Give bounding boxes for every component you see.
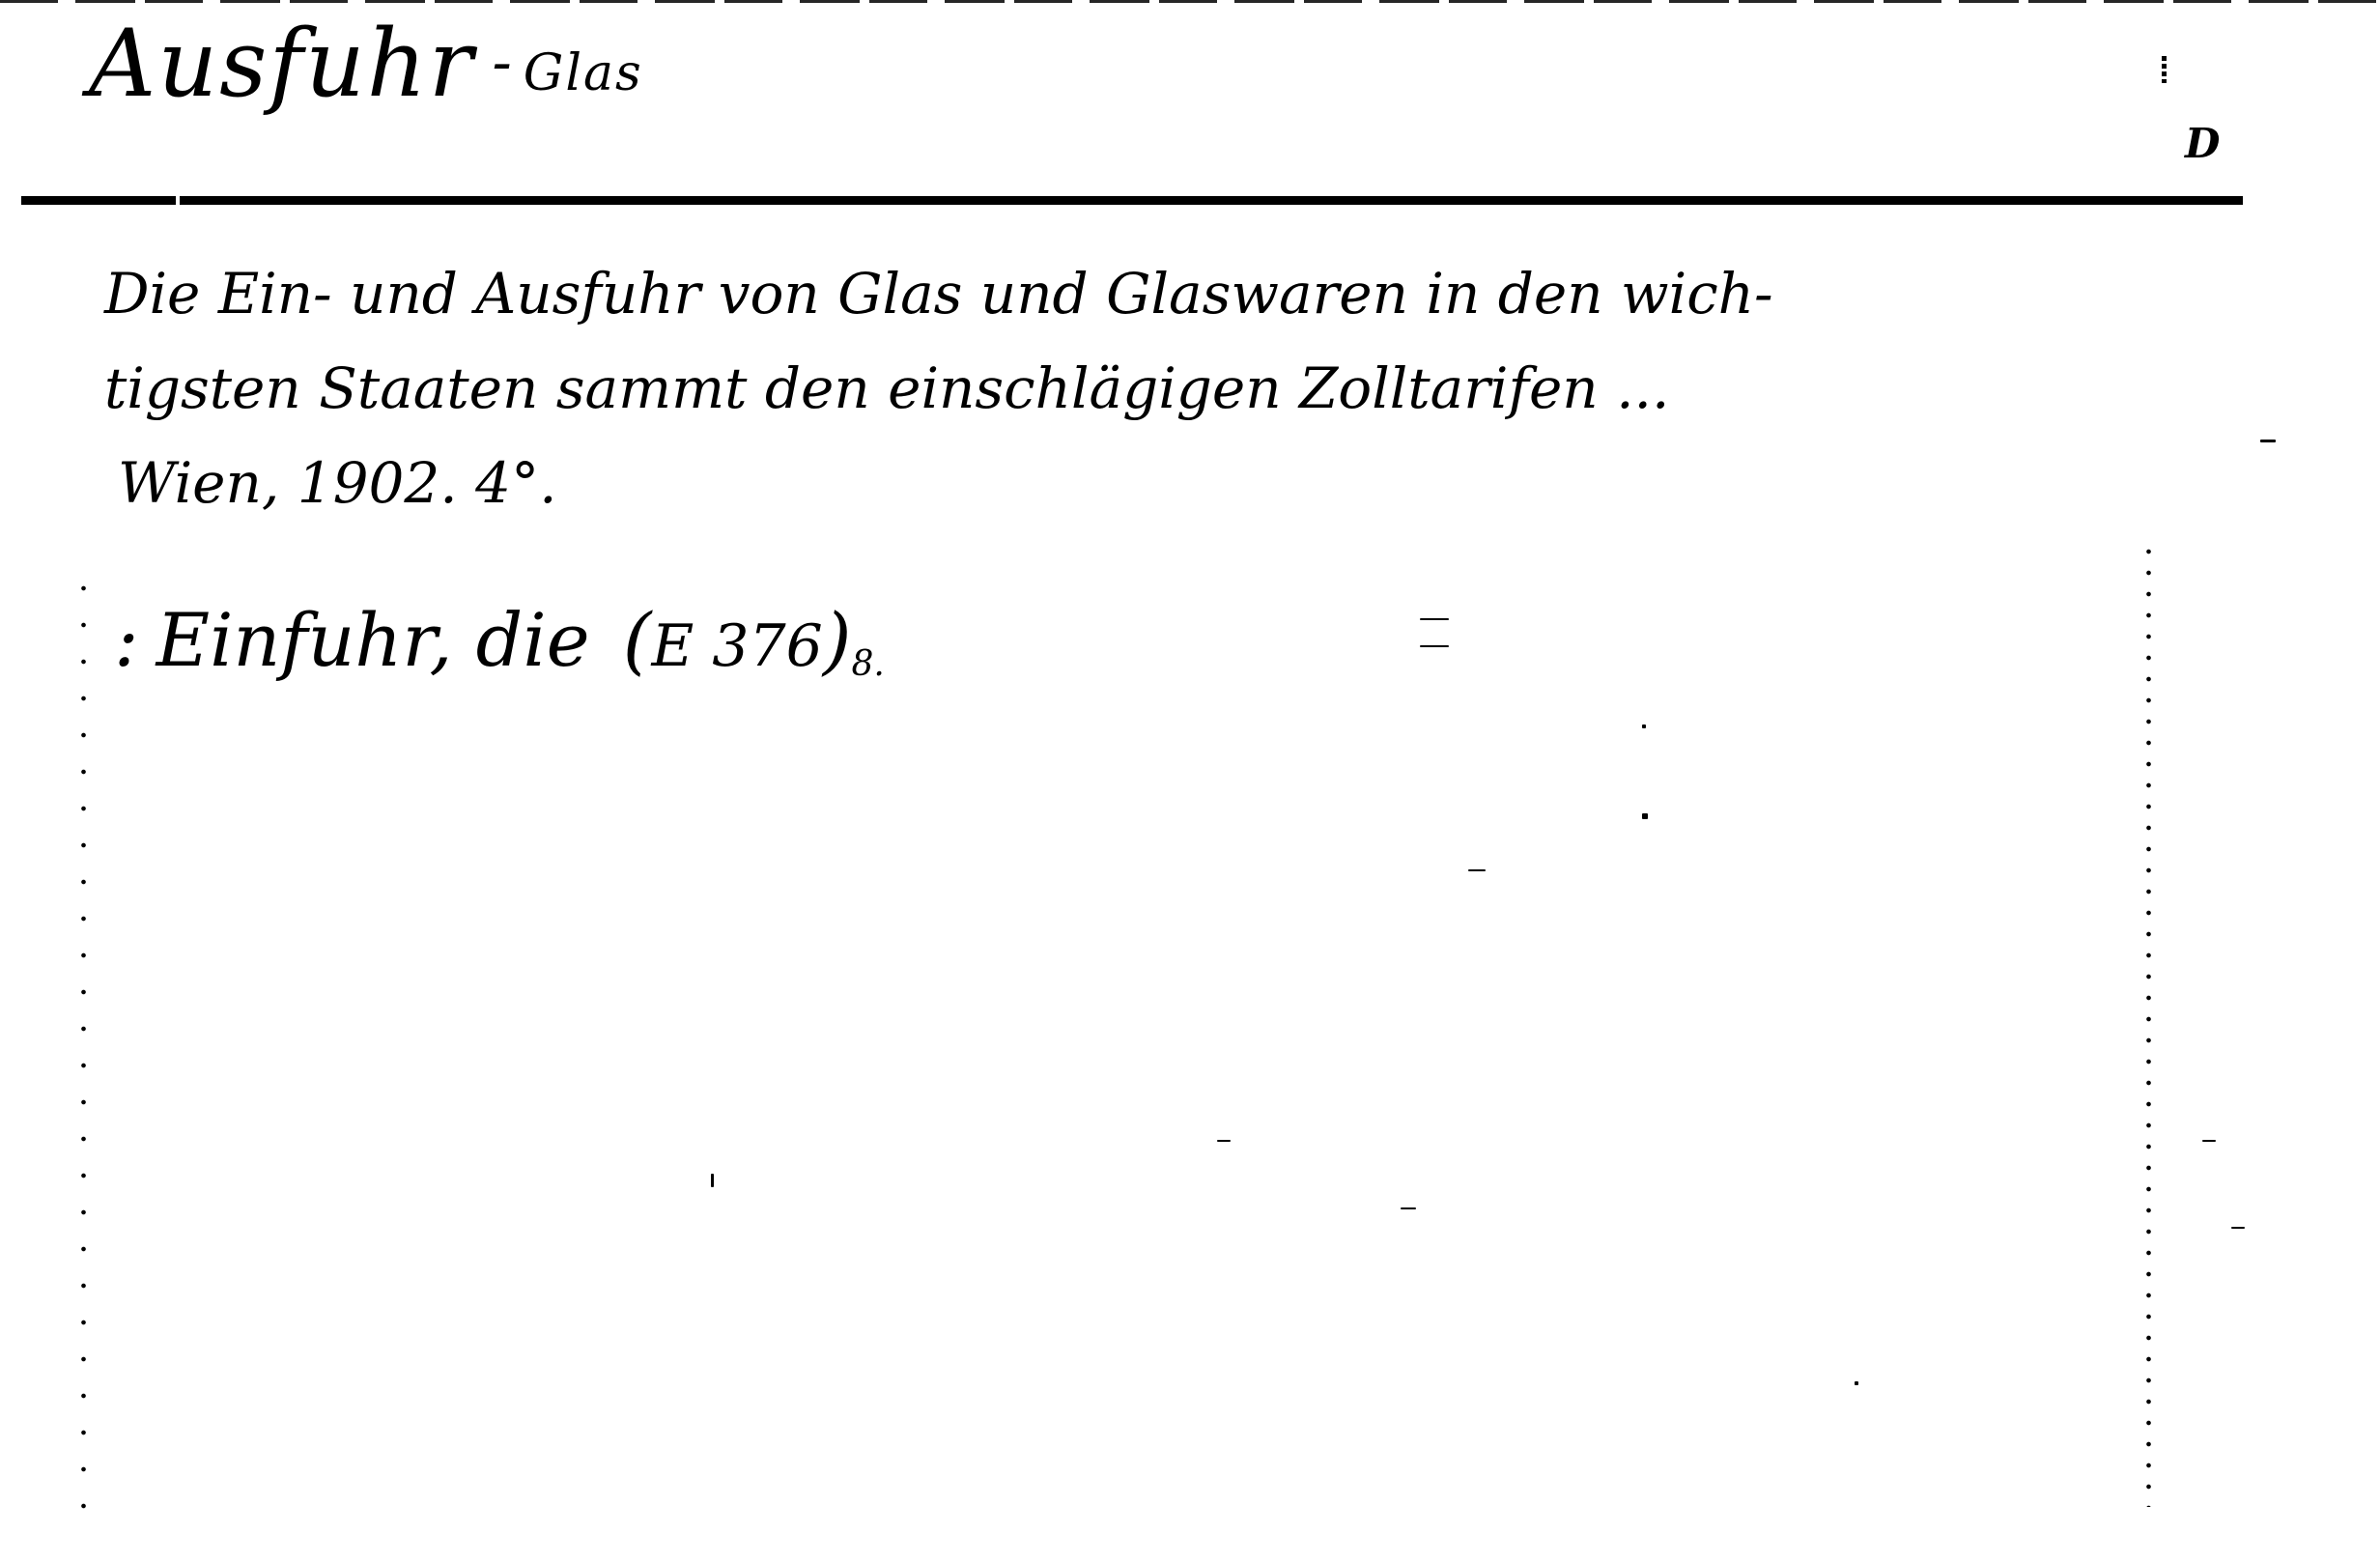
card-heading: Ausfuhr-Glas [89,17,643,110]
entry-line-1: Die Ein- und Ausfuhr von Glas und Glaswa… [104,246,2152,341]
scan-speck [2260,440,2276,442]
heading-sub: Glas [524,44,643,102]
xref-shelfmark: E 376 [651,612,822,680]
card-top-edge [0,0,2380,3]
catalog-card: Ausfuhr-Glas D Die Ein- und Ausfuhr von … [0,0,2380,1562]
xref-open-paren: ( [623,597,652,683]
scan-speck [1217,1140,1231,1142]
scan-speck [711,1174,714,1187]
xref-term: Einfuhr, die [156,597,590,683]
scan-speck [1468,869,1486,871]
heading-main: Ausfuhr [89,10,475,118]
scan-speck [2202,1140,2216,1142]
entry-body: Die Ein- und Ausfuhr von Glas und Glaswa… [104,246,2152,530]
right-margin-dotted-line [2146,541,2151,1507]
scan-speck [1420,645,1449,647]
xref-prefix: : [114,597,139,683]
xref-close-paren: ) [823,597,852,683]
cross-reference: :Einfuhr, die (E 376)8. [114,604,885,682]
scan-speck [1642,813,1648,819]
scan-speck [2231,1227,2245,1229]
scan-speck [1420,618,1449,620]
xref-suffix: 8. [852,644,885,684]
corner-sigil: D [2185,124,2220,164]
scan-speck [1642,724,1646,728]
entry-line-2: tigsten Staaten sammt den einschlägigen … [104,341,2152,436]
corner-tick-mark [2162,56,2167,83]
heading-separator: - [493,29,514,97]
scan-speck [1401,1207,1416,1209]
entry-line-3: Wien, 1902. 4°. [104,436,2152,530]
heading-rule [21,196,2243,205]
left-margin-dotted-line [81,570,86,1517]
scan-speck [1855,1381,1858,1385]
